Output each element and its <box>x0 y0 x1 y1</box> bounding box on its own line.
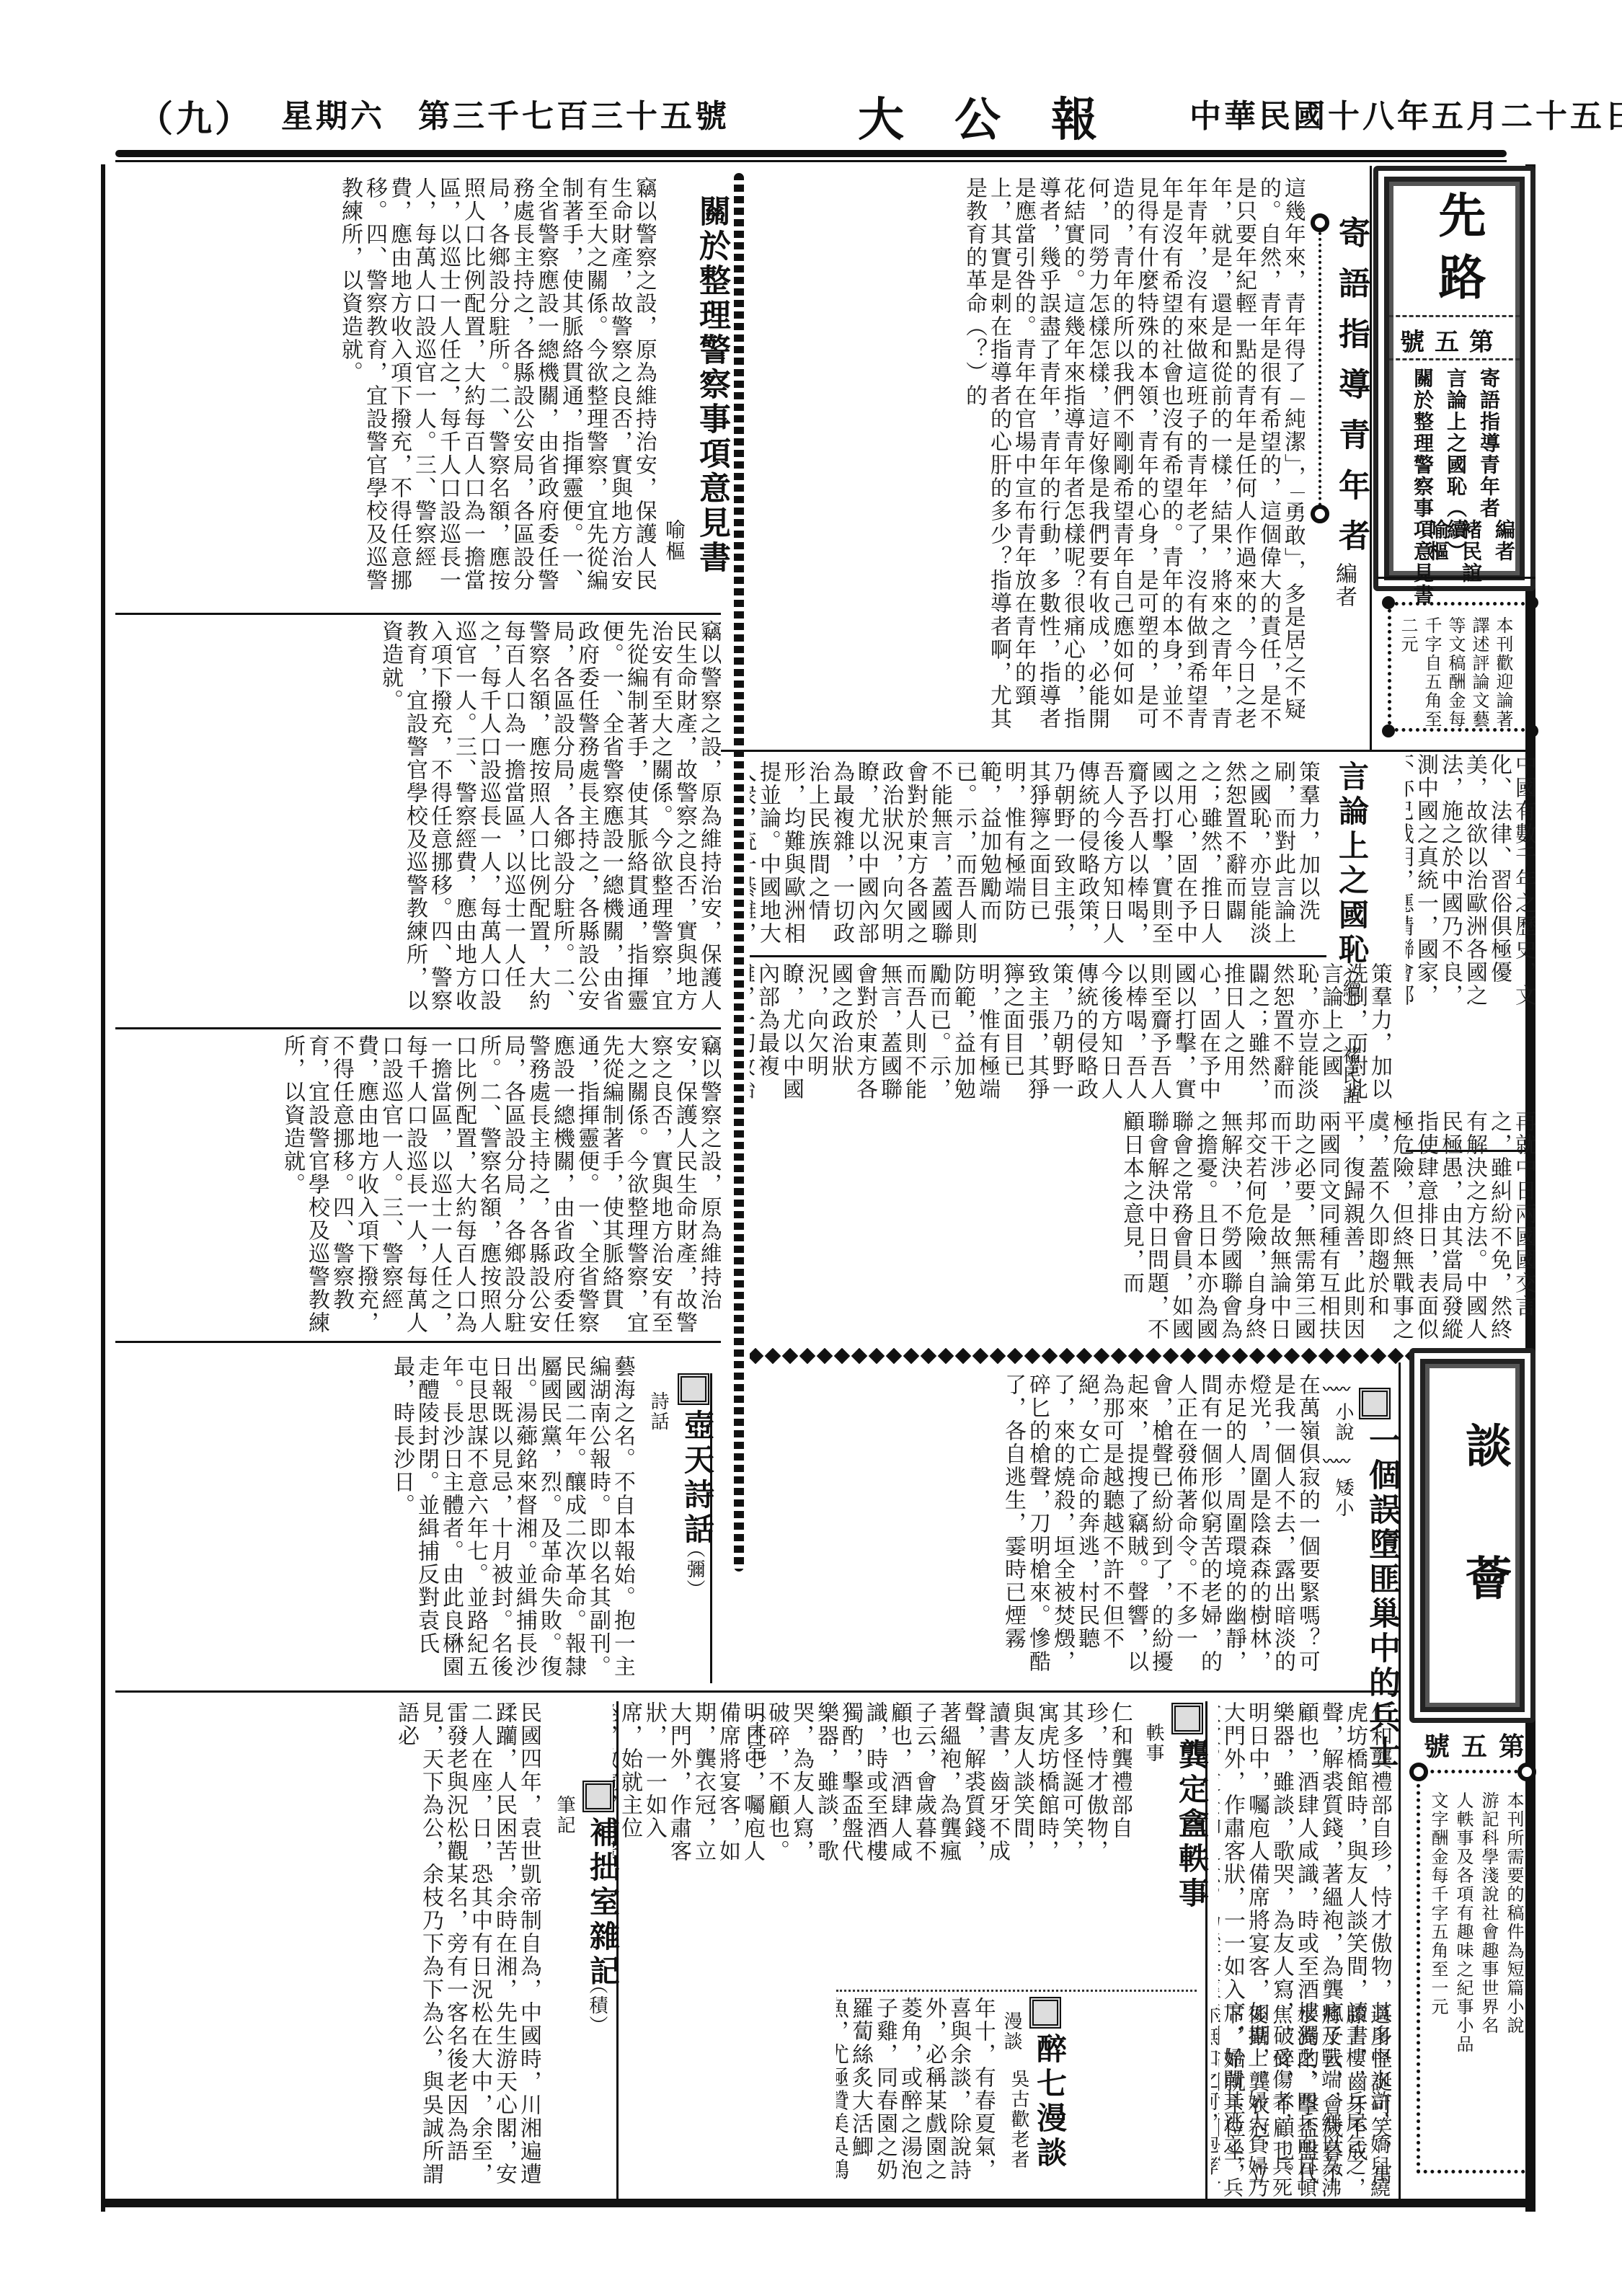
issue-date: 中華民國十八年五月二十五日 <box>1189 90 1622 136</box>
issue-number: 第三千七百三十五號 <box>418 90 730 136</box>
article-byline-poetry: （彌） <box>681 1539 708 1600</box>
section-rule <box>115 1690 1399 1693</box>
page-number: （九） <box>137 90 254 142</box>
section-rule-dotted <box>836 1990 1197 1992</box>
tanhui-notice-line: 本刊所需要的稿件為短篇小說 <box>1503 1791 1525 2035</box>
dotted-rule <box>1319 232 1321 506</box>
section-rule <box>750 955 1326 957</box>
section-rule <box>115 613 721 615</box>
tanhui-notice-line: 人軼事及各項有趣味之紀事小品 <box>1453 1791 1474 2054</box>
tanhui-notice-line: 文字酬金每千字五角至一元 <box>1427 1791 1449 2016</box>
section-rule <box>115 1341 721 1343</box>
tanhui-title-box: 談薈 <box>1409 1348 1535 1723</box>
toc-item-3: 關於整理警察事項意見書 <box>1408 368 1437 606</box>
tanhui-issue-label: 第五號 <box>1424 1727 1536 1763</box>
article-byline-soldier: 矮小 <box>1330 1478 1357 1518</box>
corner-dot <box>1382 724 1395 737</box>
notice-line: 本刊歡迎論著 <box>1492 616 1514 729</box>
article-body-gong: 仁和龔禮部自珍，恃才傲物，其多怪誕可笑，寓虎坊橋館時，與友人談笑間，讀書，齒牙不… <box>613 1701 1132 1867</box>
weekday: 星期六 <box>281 90 385 136</box>
section-tag-poetry: 詩話 <box>645 1391 672 1432</box>
corner-dot <box>1382 596 1395 609</box>
title-divider <box>1389 315 1520 317</box>
notice-line: 二元 <box>1397 616 1419 654</box>
page-bottom-rule <box>101 2199 1535 2207</box>
article-body-police-3: 竊以警察之設，原為維持治安，保護人民生命財產，故警察之良否，實與地方治安有至大之… <box>115 1034 721 1337</box>
article-title-buzhuo: 補拙室雜記 <box>581 1817 624 1990</box>
section-rule <box>721 750 1535 752</box>
toc-author-2: 褚民誼 <box>1456 519 1485 584</box>
article-body-relations-top: 中國有數千年之歷史，文化、法律、習俗俱極優美，故欲以治歐洲各國之法，施之於中國乃… <box>1406 753 1535 1013</box>
tanhui-notice-line: 游記科學淺說社會趣事世界名 <box>1478 1791 1499 2035</box>
article-body-youth: 這幾年來，青年得了「純潔」，「勇敢」，多是居之不疑的。自然，青年是很有希望的，這… <box>815 177 1305 746</box>
article-body-guochi-cont: 策羣力，加以洗刷，而對此言論上之國恥，亦豈能淡然恕置不辭而闢之；雖然，推日人之用… <box>750 962 1391 1107</box>
column-rule <box>1205 1701 1207 2199</box>
ornament-ring <box>1311 213 1329 232</box>
masthead-rule-thin <box>115 160 1507 162</box>
article-body-buzhuo: 民國四年，袁世凱帝制自為，中國時，川湘遍遭蹂躪，人民困苦，余時在湘，先生游天心閣… <box>115 1701 541 2199</box>
corner-dot <box>1525 724 1538 737</box>
article-title-guochi: 言論上之國恥 <box>1330 761 1373 968</box>
notice-line: 譯述評論文藝 <box>1468 616 1490 729</box>
section-tag-gong: 軼事 <box>1140 1723 1167 1763</box>
toc-item-1: 寄語指導青年者 <box>1474 368 1503 519</box>
supplement-issue-label: 第五號 <box>1400 322 1504 358</box>
bead-column-divider <box>734 173 744 1572</box>
tanhui-title: 談薈 <box>1451 1422 1517 1687</box>
ornament-ring <box>1311 505 1329 523</box>
article-title-poetry: 壺天詩話 <box>675 1409 719 1548</box>
masthead-rule <box>115 150 1507 157</box>
section-rule <box>115 1027 721 1029</box>
section-tag-icon <box>1359 1388 1391 1419</box>
masthead: （九） 星期六 第三千七百三十五號 大公報 中華民國十八年五月二十五日 <box>108 83 1564 141</box>
issue-divider <box>1389 358 1520 360</box>
article-body-police: 竊以警察之設，原為維持治安，保護人民生命財產，故警察之良否，實與地方治安有至大之… <box>115 177 656 609</box>
ornament-ring <box>1517 1763 1536 1781</box>
section-tag-icon <box>1029 1997 1061 2029</box>
article-byline-zuiqi: 吳古歡老者 <box>1006 2069 1032 2170</box>
article-body-soldier: 在萬嶺俱寂的一個要緊嗎？可是我一個人不去，露出暗淡的燈光，周圍是陰森森的樹林，赤… <box>750 1373 1319 1680</box>
article-title-police: 關於整理警察事項意見書 <box>688 195 735 575</box>
supplement-title: 先路 <box>1424 190 1492 314</box>
corner-dot <box>1525 596 1538 609</box>
notice-line: 千字自五角至 <box>1421 616 1442 729</box>
article-byline-buzhuo: （積） <box>584 1975 611 2036</box>
divider <box>1377 577 1535 579</box>
section-tag-zuiqi: 漫談 <box>998 2011 1025 2052</box>
section-tag-buzhuo: 筆記 <box>551 1795 578 1835</box>
section-tag-icon <box>582 1781 614 1812</box>
toc-author-1: 編者 <box>1489 519 1518 562</box>
wave-ornament: 〰〰 <box>1323 1384 1352 1394</box>
article-body-police-2: 竊以警察之設，原為維持治安，保護人民生命財產，故警察之良否，實與地方治安有至大之… <box>115 620 721 1024</box>
article-title-youth: 寄語指導青年者 <box>1328 216 1374 569</box>
article-body-right-bottom: 適用中水滸，嬌兒繞膝上樓，兵尾乞之，將及戰端，鄉以為沸水澆之，四兵面目頓焦，受傷… <box>1211 2004 1391 2199</box>
article-body-guochi: 策羣力，加以洗刷，而對此言論上之國恥，亦豈能淡然恕置不辭而闢之；雖然，推日人之用… <box>750 761 1319 955</box>
article-body-zuiqi: 年十，有春夏氣，喜與余談，除說詩外，必稱某戲園之菱角，或醉之湯泡子雞，同春園之奶… <box>836 1997 995 2199</box>
section-tag-icon <box>1171 1703 1203 1734</box>
ornament-ring <box>1409 1763 1428 1781</box>
article-byline-police: 喻樞 <box>660 519 688 562</box>
notice-line: 等文稿酬金每 <box>1445 616 1466 729</box>
section-tag-icon <box>678 1373 709 1405</box>
toc-author-3: 喻樞 <box>1423 519 1452 562</box>
wave-ornament: 〰〰 <box>1323 1456 1352 1466</box>
article-byline-youth: 編者 <box>1328 562 1360 608</box>
newspaper-title: 大公報 <box>858 83 1148 149</box>
article-title-zuiqi: 醉七漫談 <box>1028 2033 1071 2171</box>
article-body-relations-bottom: 再就中日兩國國交言之，雖糾紛不免，然終有解決之方法。中國人民極愚，由其當局發縱指… <box>750 1110 1535 1348</box>
section-tag-soldier: 小說 <box>1330 1402 1357 1442</box>
article-body-poetry: 藝海之名。不自本報始。抱一主編湖南公報時。即以名其副刊。民國二年。釀成二次革命。… <box>115 1355 634 1687</box>
